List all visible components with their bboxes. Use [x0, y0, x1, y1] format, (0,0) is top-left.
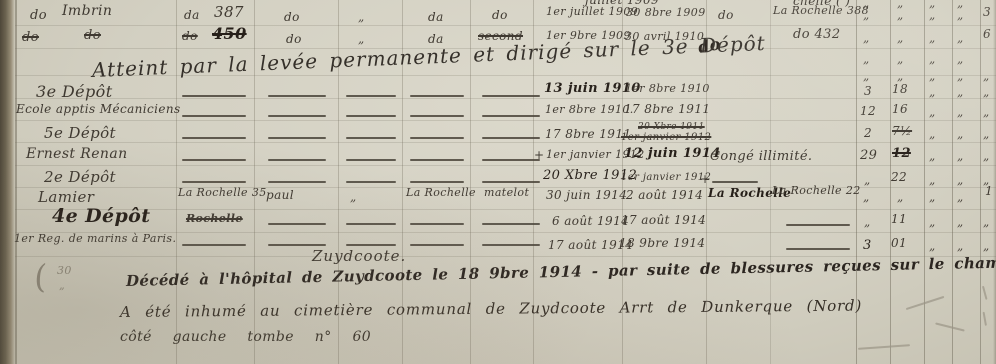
ditto-mark: „ [897, 31, 904, 45]
ditto-dash [712, 181, 758, 183]
cell-number: 2 [864, 126, 872, 140]
cell-date2: 2 août 1914 [626, 188, 703, 202]
column-rule [924, 0, 925, 364]
ditto-mark: „ [983, 149, 990, 163]
ditto-mark: „ [957, 127, 964, 141]
cell-number: 12 [860, 104, 876, 118]
cell-quartier: 450 [212, 24, 247, 43]
cell-number: 18 [892, 82, 908, 96]
cell-observation: Congé illimité. [710, 149, 812, 164]
cell-number: 01 [891, 236, 907, 250]
ditto-mark: „ [863, 52, 870, 66]
cell-date1: 1er juillet 1909 [546, 5, 638, 18]
ditto-dash [410, 137, 464, 139]
cell-number: 3 [864, 84, 872, 98]
ditto-mark: „ [957, 85, 964, 99]
ditto-dash [182, 159, 246, 161]
cell-name: do [30, 8, 47, 23]
cell-date2-correction: 20 Xbre 1911 [638, 122, 705, 132]
row-rule [15, 98, 996, 99]
ditto-mark: „ [929, 215, 936, 229]
ditto-dash [268, 115, 326, 117]
ditto-dash [346, 159, 396, 161]
ditto-dash [182, 244, 246, 246]
ditto-mark: „ [929, 52, 936, 66]
ditto-dash [346, 115, 396, 117]
ditto-mark: „ [957, 31, 964, 45]
margin-paren: ( [31, 257, 49, 296]
ditto-dash [346, 223, 396, 225]
ditto-dash [268, 159, 326, 161]
death-note-line1: Décédé à l'hôpital de Zuydcoote le 18 9b… [126, 251, 996, 290]
ditto-dash [268, 244, 326, 246]
document-scan: juillet 1909 chelle ( ) „ „ „ „ do Imbri… [0, 0, 996, 364]
cell-date1: 6 août 1914 [552, 214, 629, 228]
cell-number: 16 [892, 102, 908, 116]
cell-name: Imbrin [62, 3, 112, 19]
ditto-dash [482, 181, 540, 183]
cell-observation: chelle ( ) [793, 0, 850, 8]
cell-date2: 18 9bre 1914 [619, 236, 705, 250]
column-rule [15, 0, 17, 364]
ditto-mark: „ [864, 173, 871, 187]
ditto-dash [182, 181, 246, 183]
ditto-mark: „ [929, 85, 936, 99]
ditto-mark: „ [929, 190, 936, 204]
ditto-mark: „ [929, 105, 936, 119]
ditto-mark: „ [983, 127, 990, 141]
cell-observation: do [718, 8, 734, 22]
ditto-mark: „ [929, 127, 936, 141]
cell-name: Lamier [38, 188, 94, 206]
ditto-dash [410, 223, 464, 225]
cell-name: Ernest Renan [26, 146, 127, 162]
cell-quartier: 387 [214, 3, 244, 21]
cell-number: 3 [863, 238, 872, 253]
ditto-dash [410, 95, 464, 97]
ditto-dash [410, 159, 464, 161]
row-rule [15, 232, 996, 233]
cell-text: do [286, 32, 302, 46]
cell-number: 6 [983, 27, 991, 41]
margin-ditto: „ [59, 279, 65, 292]
ditto-dash [482, 223, 540, 225]
ditto-mark: „ [929, 0, 936, 10]
row-rule [15, 165, 996, 166]
ditto-mark: „ [897, 52, 904, 66]
cell-name: 5e Dépôt [44, 124, 116, 142]
ditto-mark: „ [957, 69, 964, 83]
pencil-scribble [983, 312, 987, 326]
plus-mark: + [534, 148, 544, 162]
ditto-mark: „ [863, 190, 870, 204]
cell-name: 2e Dépôt [44, 168, 116, 186]
cell-text: da [428, 10, 444, 24]
cell-quartier: da [184, 8, 200, 22]
ditto-mark: „ [863, 31, 870, 45]
ditto-mark: „ [983, 173, 990, 187]
cell-date1: 13 juin 1910 [544, 81, 641, 96]
page-gutter [0, 0, 15, 364]
ditto-dash [786, 248, 850, 250]
ditto-dash [182, 137, 246, 139]
cell-date2: 1er janvier 1912 [621, 172, 711, 183]
ditto-mark: „ [957, 105, 964, 119]
ditto-mark: „ [957, 215, 964, 229]
pencil-scribble [906, 296, 945, 310]
column-rule [952, 0, 953, 364]
ditto-dash [268, 137, 326, 139]
ditto-dash [410, 244, 464, 246]
row-rule [15, 209, 996, 210]
death-note-line2: A été inhumé au cimetière communal de Zu… [120, 297, 862, 321]
ditto-mark: „ [983, 85, 990, 99]
margin-number: 30 [57, 264, 72, 277]
ditto-dash [786, 224, 850, 226]
ditto-mark: „ [929, 173, 936, 187]
ditto-mark: „ [957, 8, 964, 22]
row-rule [15, 120, 996, 121]
column-rule [890, 0, 891, 364]
ditto-dash [346, 95, 396, 97]
ditto-mark: „ [897, 0, 904, 10]
ditto-mark: „ [929, 31, 936, 45]
ditto-mark: „ [358, 10, 365, 24]
ditto-dash [268, 181, 326, 183]
cell-text: do [284, 10, 300, 24]
cell-date1: 30 juin 1914 [546, 188, 627, 202]
ditto-dash [346, 137, 396, 139]
pencil-scribble [982, 286, 987, 300]
ditto-dash [482, 115, 540, 117]
cell-observation: do 432 [793, 27, 841, 42]
ditto-dash [346, 181, 396, 183]
ditto-mark: „ [957, 173, 964, 187]
ditto-dash [346, 244, 396, 246]
ditto-mark: „ [929, 8, 936, 22]
pencil-scribble [858, 344, 910, 349]
ditto-dash [482, 244, 540, 246]
cell-date2: 17 août 1914 [621, 213, 706, 227]
row-rule [15, 187, 996, 188]
cell-date2: 17 8bre 1911 [624, 102, 710, 116]
cell-name: do [22, 30, 39, 45]
ditto-dash [182, 115, 246, 117]
cell-date1: 17 août 1914 [548, 238, 633, 252]
cell-date1: 1er 8bre 1910. [545, 103, 634, 116]
ditto-dash [482, 137, 540, 139]
cell-date1: 1er janvier 1912 [546, 148, 645, 161]
ditto-mark: „ [929, 69, 936, 83]
column-rule [980, 0, 981, 364]
cell-date1: 20 Xbre 1912 [543, 168, 637, 183]
cell-number: 22 [891, 170, 907, 184]
cell-number: 11 [891, 212, 907, 226]
ditto-mark: „ [863, 69, 870, 83]
ditto-dash [482, 95, 540, 97]
ditto-mark: „ [957, 190, 964, 204]
ditto-mark: „ [358, 32, 365, 46]
pencil-scribble [935, 322, 964, 331]
ditto-dash [182, 95, 246, 97]
ditto-mark: „ [897, 69, 904, 83]
cell-number: 7½ [892, 124, 912, 138]
ditto-dash [410, 115, 464, 117]
ditto-dash [268, 95, 326, 97]
cell-number: 3 [983, 5, 991, 19]
ditto-mark: „ [983, 239, 990, 253]
ditto-dash [410, 181, 464, 183]
cell-date2: 30 8bre 1909 [626, 6, 706, 19]
ditto-mark: „ [957, 52, 964, 66]
row-rule [15, 142, 996, 143]
ditto-mark: „ [983, 215, 990, 229]
ditto-mark: „ [897, 8, 904, 22]
ditto-mark: „ [863, 0, 870, 10]
cell-text: do [492, 8, 508, 22]
death-note-line3: côté gauche tombe n° 60 [120, 329, 371, 345]
cell-date1: 17 8bre 1911 [545, 127, 631, 141]
ditto-mark: „ [897, 190, 904, 204]
ditto-mark: „ [929, 149, 936, 163]
ditto-mark: „ [957, 0, 964, 10]
ditto-mark: „ [983, 105, 990, 119]
cell-text: paul [266, 188, 294, 202]
cell-number: 12 [892, 146, 911, 161]
cell-observation: La Rochelle 22 [772, 184, 861, 197]
ditto-mark: „ [957, 149, 964, 163]
cell-quartier: Rochelle [186, 212, 243, 225]
cell-number: 29 [860, 148, 877, 163]
place-label: Zuydcoote. [312, 247, 406, 265]
ditto-mark: „ [957, 239, 964, 253]
cell-name: Ecole apptis Mécaniciens [16, 102, 181, 116]
ditto-mark: „ [350, 190, 357, 204]
ditto-mark: „ [864, 215, 871, 229]
ditto-dash [268, 223, 326, 225]
cell-observation: La Rochelle [708, 186, 791, 200]
cell-name: do [84, 28, 101, 43]
ditto-mark: „ [983, 69, 990, 83]
ditto-dash [482, 159, 540, 161]
cell-quartier: do [182, 29, 198, 43]
cell-observation: La Rochelle 388 [773, 4, 869, 17]
ditto-mark: „ [929, 239, 936, 253]
cell-name: 1er Reg. de marins à Paris. [14, 232, 176, 245]
row-rule [15, 25, 996, 26]
ditto-mark: „ [863, 8, 870, 22]
cell-date2: 1er 8bre 1910 [625, 82, 710, 95]
